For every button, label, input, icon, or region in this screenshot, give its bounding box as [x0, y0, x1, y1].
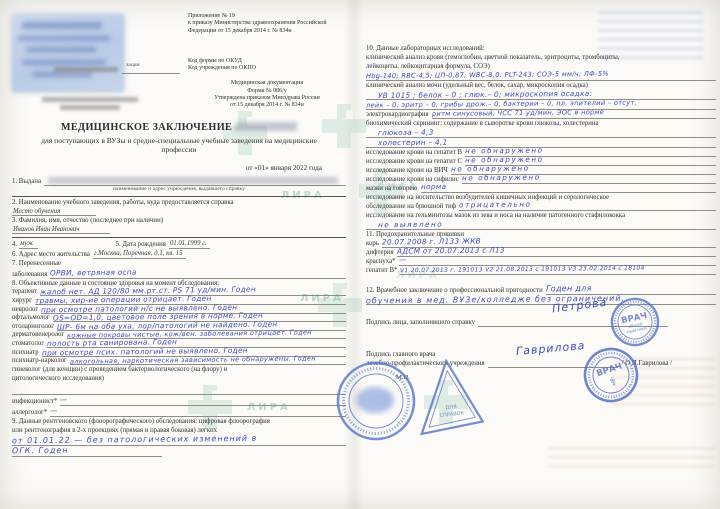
blood-test-value-line: Hbg-140; RBC-4,5; ЦП-0,87; WBC-8,0; PLT-… — [366, 71, 716, 81]
diphtheria-label: дифтерия — [366, 248, 394, 257]
hepb-vaccine-label: гепатит В* — [366, 266, 397, 275]
okpo-line: Код учреждения по ОКПО — [188, 65, 346, 72]
helminth-label: исследование на гельминтозы мазок из зев… — [366, 211, 716, 220]
okud-line: Код формы по ОКУД — [188, 58, 346, 65]
triangle-reference-stamp: ДЛЯ СПРАВОК — [412, 357, 484, 439]
filler-signature-label: Подпись лица, заполнившего справку — [366, 318, 475, 327]
blank-line — [12, 386, 346, 395]
redacted-letterhead — [12, 14, 124, 92]
hepatitis-b-label: исследование крови на гепатит В — [366, 148, 462, 157]
right-page: 10. Данные лабораторных исследований: кл… — [366, 44, 716, 382]
gonorrhea-value: норма — [420, 182, 445, 191]
clinic-round-stamp — [335, 360, 417, 442]
letterhead-row: зации Приложение № 19 к приказу Министер… — [12, 13, 346, 115]
sex-value: муж — [19, 239, 38, 249]
allergist-row: аллерголог* — — [12, 406, 346, 417]
infectionist-label: инфекционист* — [12, 397, 57, 406]
redacted-address — [60, 105, 120, 110]
specialist-row: психиатр-наркологалкогольная, наркотичес… — [12, 357, 346, 366]
dob-value: 01.01.1999 г. — [169, 239, 211, 249]
helminth-value-line: не выявлено — [366, 220, 716, 230]
measles-label: корь — [366, 239, 379, 248]
redacted-title-suffix — [235, 122, 297, 131]
stamp-text: СПРАВОК — [439, 410, 465, 419]
specialist-label: отоларинголог — [12, 322, 54, 331]
specialist-label: стоматолог — [12, 339, 44, 348]
infectionist-value: — — [60, 395, 68, 404]
doctor-round-stamp: ВРАЧ общей практики — [609, 296, 661, 348]
conclusion-value: Годен для — [546, 284, 592, 293]
specialist-label: невролог — [12, 305, 38, 314]
ecg-label: электрокардиография — [366, 110, 429, 119]
caduceus-icon: ⚕ — [608, 374, 619, 389]
dob-label: 5. Дата рождения — [116, 240, 166, 249]
gonorrhea-label: мазки на гонорею — [366, 184, 418, 193]
helminth-value: не выявлено — [366, 220, 443, 230]
document-title-row: МЕДИЦИНСКОЕ ЗАКЛЮЧЕНИЕ — [12, 122, 346, 132]
cholesterol-value: холестерин – 4,1 — [366, 138, 448, 148]
annex-block: Приложение № 19 к приказу Министерства з… — [188, 13, 346, 115]
sex-label: 4. — [12, 240, 17, 249]
rubella-value: — — [398, 255, 406, 264]
field-caption: наименование и адрес учреждения, выдавше… — [12, 186, 346, 193]
address-label: 6. Адрес место жительства — [12, 250, 90, 259]
field-label: 1. Выдана — [12, 177, 41, 186]
xray-value-line2: ОГК. Годен — [12, 446, 162, 457]
form-number: Форма № 086/у — [188, 88, 346, 95]
hepb-vaccine-row: гепатит В*V1 20.07.2013 г. 191013 V2 21.… — [366, 266, 716, 275]
redacted-line — [54, 67, 118, 72]
address-value: г.Москва, Поречная, д.1, кв. 15 — [93, 249, 187, 259]
meddoc-line: Медицинская документация — [188, 80, 346, 87]
rubella-label: краснуха* — [366, 257, 396, 266]
specialist-label: офтальмолог — [12, 313, 50, 322]
ecg-row: электрокардиография ритм синусовый, ЧСС … — [366, 110, 716, 119]
approved-line: от 15 декабря 2014 г. № 834н — [188, 102, 346, 109]
xray-value-line1: от 01.01.22 — без патологических изменен… — [12, 435, 346, 446]
conclusion-label: 12. Врачебное заключение о профессиональ… — [366, 286, 543, 295]
divider — [12, 237, 346, 238]
typhoid-value: отрицательно — [459, 200, 532, 210]
gynecologist-label2: цитологического исследования) — [12, 374, 346, 383]
letterhead-caption-fragment: зации — [126, 61, 140, 70]
left-page: зации Приложение № 19 к приказу Министер… — [12, 13, 346, 457]
field-issued-by: 1. Выдана — [12, 177, 346, 186]
field-diseases-label1: 7. Перенесенные — [12, 259, 346, 268]
redacted-stamp-centre — [356, 387, 394, 413]
hepb-vaccine-value: V1 20.07.2013 г. 191013 V2 21.08.2013 с … — [400, 264, 645, 276]
field-institution-value: Место обучения — [12, 208, 96, 216]
stamp-text: ДЛЯ — [445, 404, 457, 411]
syphilis-value: не обнаружено — [462, 173, 541, 183]
field-name-label: 3. Фамилия, имя, отчество (последнее при… — [12, 216, 346, 225]
field-institution-label: 2. Наименование учебного заведения, рабо… — [12, 198, 346, 207]
annex-line: Федерации от 15 декабря 2014 г. № 834н — [188, 28, 346, 35]
diseases-value: ОРВИ, ветряная оспа — [50, 267, 137, 277]
medical-certificate-scan: ЛИРА ЛИРА ЛИРА ЛИРА ЛИРА зации — [0, 0, 720, 509]
diphtheria-value: АДСМ от 20.07.2013 с Л13 — [397, 245, 505, 255]
field-address: 6. Адрес место жительства г.Москва, Поре… — [12, 249, 346, 259]
gonorrhea-row: мазки на гонореюнорма — [366, 184, 716, 193]
blood-test-value: Hbg-140; RBC-4,5; ЦП-0,87; WBC-8,0; PLT-… — [366, 70, 609, 82]
issue-date: от «01» января 2022 года — [12, 164, 346, 173]
allergist-value: — — [50, 406, 58, 415]
xray-value: от 01.01.22 — без патологических изменен… — [12, 434, 257, 446]
typhoid-label: обследование на брюшной тиф — [366, 202, 456, 211]
specialist-label: хирург — [12, 296, 32, 305]
blood-test-label: клинический анализ крови (гемоглобин, цв… — [366, 53, 716, 62]
redacted-address — [42, 97, 138, 102]
field-sex-dob: 4. муж 5. Дата рождения 01.01.1999 г. — [12, 239, 346, 249]
bleed-through-text — [548, 447, 714, 468]
hepatitis-c-label: исследование крови на гепатит С — [366, 157, 462, 166]
specialist-label: терапевт — [12, 287, 37, 296]
infectionist-row: инфекционист* — — [12, 395, 346, 406]
document-subtitle: для поступающих в ВУЗы и средне-специаль… — [12, 136, 346, 155]
specialist-label: психиатр-нарколог — [12, 356, 67, 365]
filler-signature-row: Подпись лица, заполнившего справку — [366, 318, 716, 327]
specialist-label: психиатр — [12, 348, 39, 357]
hiv-label: исследование крови на ВИЧ — [366, 166, 448, 175]
field-name-value: Иванов Иван Иванович — [12, 226, 110, 234]
redacted-issuer — [44, 177, 346, 186]
allergist-label: аллерголог* — [12, 408, 47, 417]
urine-value-line: УВ 1015 ; белок – 0 ; глюк.– 0; микроско… — [366, 90, 716, 100]
letterhead-zone: зации — [12, 13, 188, 115]
glucose-value: глюкоза – 4,3 — [366, 128, 434, 138]
document-title: МЕДИЦИНСКОЕ ЗАКЛЮЧЕНИЕ — [61, 122, 232, 133]
conclusion-value-line: обучения в мед. ВУЗе/колледже без ограни… — [366, 295, 716, 305]
divider — [12, 196, 346, 197]
gynecologist-label1: гинеколог (для женщин) с проведением бак… — [12, 365, 346, 374]
glucose-line: глюкоза – 4,3 — [366, 128, 716, 138]
section10-title: 10. Данные лабораторных исследований: — [366, 44, 716, 53]
doctor-caduceus-stamp: ВРАЧ ⚕ — [581, 345, 641, 405]
annex-line: к приказу Министерства здравоохранения Р… — [188, 20, 346, 27]
biochem-label: биохимический скрининг; содержание в сыв… — [366, 119, 716, 128]
typhoid-row: обследование на брюшной тифотрицательно — [366, 202, 716, 211]
xray-value: ОГК. Годен — [12, 446, 69, 456]
field-diseases-label2: заболевания — [12, 270, 47, 279]
xray-label1: 9. Данные рентгеновского (флоорографичес… — [12, 417, 346, 426]
ecg-value: ритм синусовый, ЧСС 71 уд/мин, ЭОС в нор… — [432, 108, 604, 119]
letterhead-caption-line — [122, 73, 180, 74]
field-diseases: заболевания ОРВИ, ветряная оспа — [12, 268, 346, 279]
